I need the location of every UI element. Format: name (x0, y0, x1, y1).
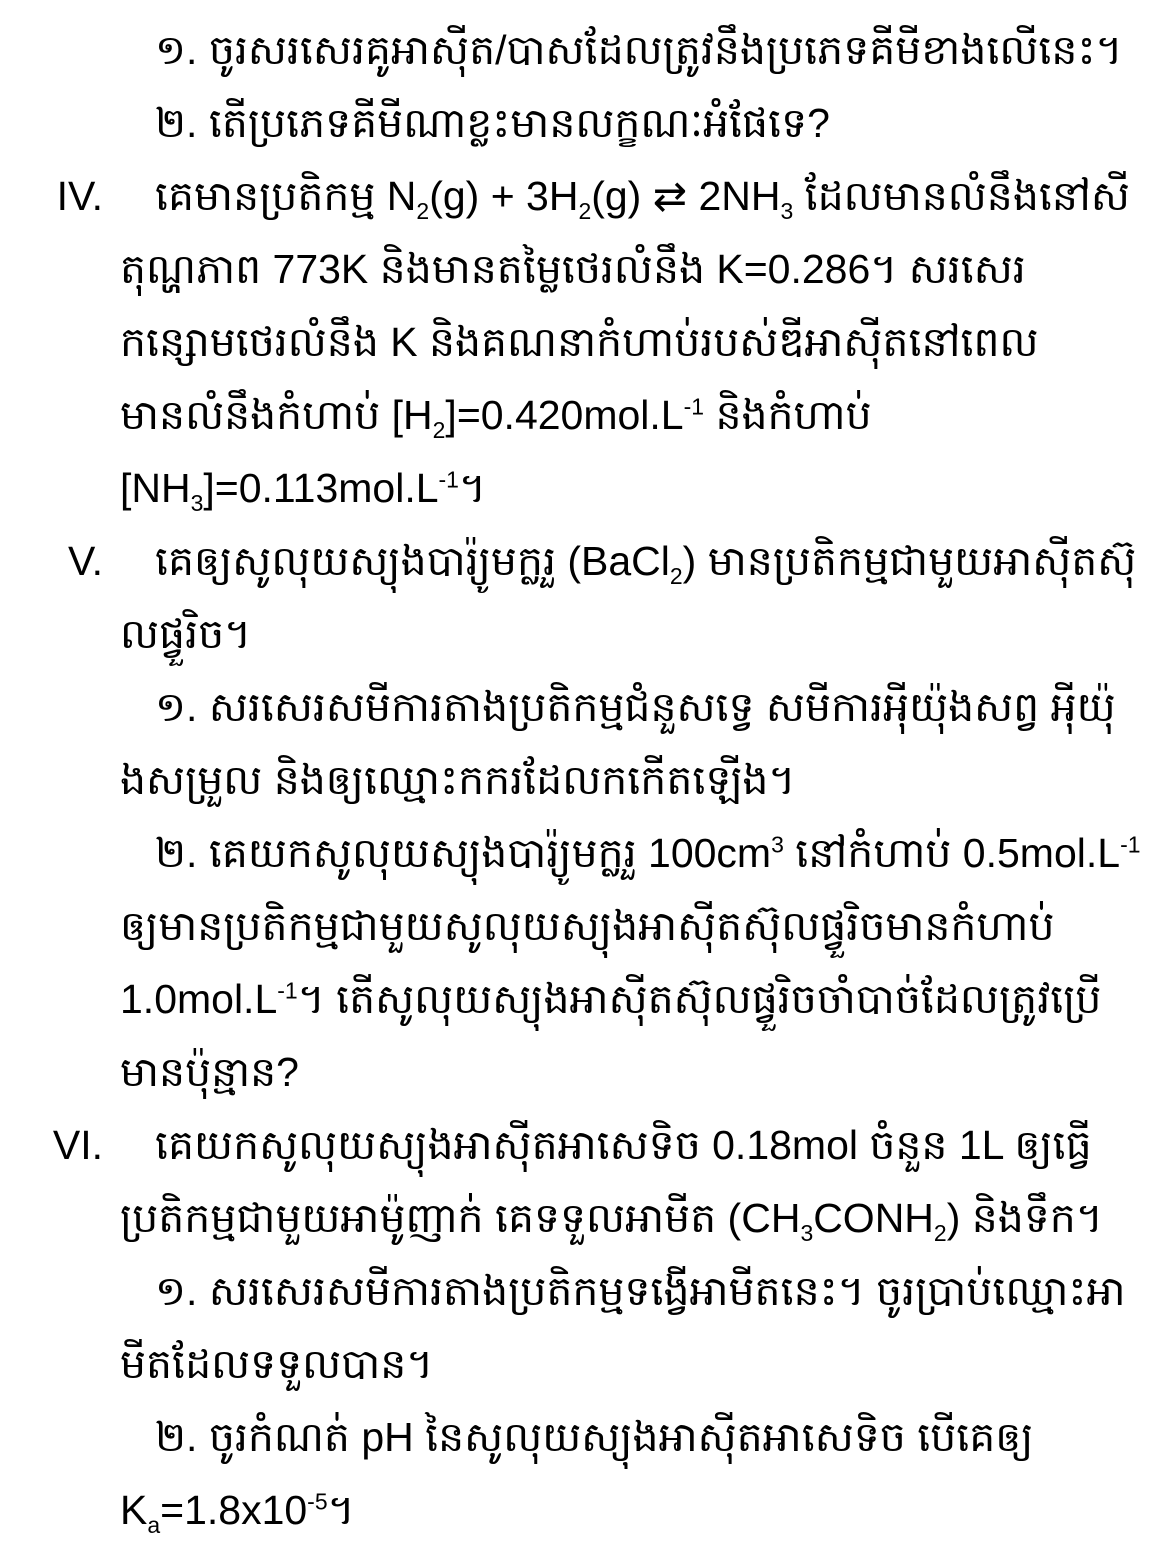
text-line: លផ្វួរិច។ (0, 598, 1166, 671)
text-line: ប្រតិកម្មជាមួយអាម៉ូញាក់ គេទទួលអាមីត (CH3… (0, 1182, 1166, 1255)
run-text: ។ តើសូលុយស្យុងអាសុីតស៊ុលផ្វួរិចចាំបាច់ដែ… (298, 976, 1102, 1022)
line-text: 1.0mol.L-1។ តើសូលុយស្យុងអាសុីតស៊ុលផ្វួរិ… (120, 976, 1101, 1022)
run-text: និងកំហាប់ (704, 392, 872, 438)
run-text: ១. សរសេរសមីការតាងប្រតិកម្មជំនួសទ្វេ សមីក… (155, 684, 1116, 730)
exam-document: { "page": { "background_color": "#ffffff… (0, 0, 1166, 1548)
superscript-text: -5 (307, 1488, 327, 1514)
text-line: កន្សោមថេរលំនឹង K និងគណនាកំហាប់របស់ឌីអាសុ… (0, 306, 1166, 379)
line-text: គេឲ្យសូលុយស្យុងបារ៉្យូមក្លរួ (BaCl2) មាន… (120, 538, 1136, 584)
text-line: ១. សរសេរសមីការតាងប្រតិកម្មទង្វើអាមីតនេះ។… (0, 1255, 1166, 1328)
line-text: តុណ្ហភាព 773K និងមានតម្លៃថេរលំនឹង K=0.28… (120, 246, 1026, 292)
run-text: (g) ⇄ 2NH (591, 173, 780, 219)
subscript-text: a (147, 1512, 160, 1538)
text-line: 1.0mol.L-1។ តើសូលុយស្យុងអាសុីតស៊ុលផ្វួរិ… (0, 963, 1166, 1036)
text-line: IV.គេមានប្រតិកម្ម N2(g) + 3H2(g) ⇄ 2NH3 … (0, 160, 1166, 233)
subscript-text: 2 (433, 417, 446, 443)
line-text: [NH3]=0.113mol.L-1។ (120, 465, 486, 511)
text-line: V.គេឲ្យសូលុយស្យុងបារ៉្យូមក្លរួ (BaCl2) ម… (0, 525, 1166, 598)
document-page: ១. ចូរសរសេរគូអាសុីត/បាសដែលត្រូវនឹងប្រភេទ… (0, 0, 1166, 1548)
text-line: VI.គេយកសូលុយស្យុងអាសុីតអាសេទិច 0.18mol ច… (0, 1109, 1166, 1182)
run-text: លផ្វួរិច។ (120, 611, 251, 657)
superscript-text: 3 (771, 831, 784, 857)
line-text: លផ្វួរិច។ (120, 611, 251, 657)
run-text: ២. តើប្រភេទគីមីណាខ្លះមានលក្ខណៈអំផែទេ? (155, 100, 830, 146)
run-text: គេឲ្យសូលុយស្យុងបារ៉្យូមក្លរួ (BaCl (155, 538, 670, 584)
run-text: ។ (328, 1487, 355, 1533)
text-line: ឲ្យមានប្រតិកម្មជាមួយសូលុយស្យុងអាសុីតស៊ុល… (0, 890, 1166, 963)
subscript-text: 2 (416, 198, 429, 224)
run-text: ២. គេយកសូលុយស្យុងបារ៉្យូមក្លរួ 100cm (155, 830, 771, 876)
run-text: (g) + 3H (429, 173, 578, 219)
line-text: ១. សរសេរសមីការតាងប្រតិកម្មទង្វើអាមីតនេះ។… (120, 1268, 1126, 1314)
run-text: ។ (459, 465, 486, 511)
text-line: ២. ចូរកំណត់ pH នៃសូលុយស្យុងអាសុីតអាសេទិច… (0, 1401, 1166, 1474)
text-line: ងសម្រួល និងឲ្យឈ្មោះកករដែលកកើតឡើង។ (0, 744, 1166, 817)
run-text: ប្រតិកម្មជាមួយអាម៉ូញាក់ គេទទួលអាមីត (CH (120, 1195, 800, 1241)
section-numeral: IV. (0, 160, 103, 233)
subscript-text: 2 (670, 563, 683, 589)
run-text: =1.8x10 (160, 1487, 307, 1533)
line-text: ២. ចូរកំណត់ pH នៃសូលុយស្យុងអាសុីតអាសេទិច… (120, 1414, 1034, 1460)
section-numeral: V. (0, 525, 103, 598)
run-text: កន្សោមថេរលំនឹង K និងគណនាកំហាប់របស់ឌីអាសុ… (120, 319, 1039, 365)
run-text: ១. សរសេរសមីការតាងប្រតិកម្មទង្វើអាមីតនេះ។… (155, 1268, 1126, 1314)
line-text: ងសម្រួល និងឲ្យឈ្មោះកករដែលកកើតឡើង។ (120, 757, 795, 803)
run-text: គេមានប្រតិកម្ម N (155, 173, 416, 219)
line-text: គេយកសូលុយស្យុងអាសុីតអាសេទិច 0.18mol ចំនួ… (120, 1122, 1092, 1168)
run-text: នៅកំហាប់ 0.5mol.L (784, 830, 1120, 876)
text-line: Ka=1.8x10-5។ (0, 1474, 1166, 1547)
text-line: តុណ្ហភាព 773K និងមានតម្លៃថេរលំនឹង K=0.28… (0, 233, 1166, 306)
superscript-text: -1 (684, 393, 704, 419)
text-line: ២. តើប្រភេទគីមីណាខ្លះមានលក្ខណៈអំផែទេ? (0, 87, 1166, 160)
line-text: មានប៉ុន្មាន? (120, 1049, 299, 1095)
line-text: ឲ្យមានប្រតិកម្មជាមួយសូលុយស្យុងអាសុីតស៊ុល… (120, 903, 1055, 949)
text-line: [NH3]=0.113mol.L-1។ (0, 452, 1166, 525)
run-text: CONH (813, 1195, 934, 1241)
text-line: មានប៉ុន្មាន? (0, 1036, 1166, 1109)
run-text: ឲ្យមានប្រតិកម្មជាមួយសូលុយស្យុងអាសុីតស៊ុល… (120, 903, 1055, 949)
text-line: ១. សរសេរសមីការតាងប្រតិកម្មជំនួសទ្វេ សមីក… (0, 671, 1166, 744)
run-text: 1.0mol.L (120, 976, 277, 1022)
run-text: ]=0.113mol.L (203, 465, 438, 511)
run-text: ២. ចូរកំណត់ pH នៃសូលុយស្យុងអាសុីតអាសេទិច… (155, 1414, 1034, 1460)
line-text: ១. ចូរសរសេរគូអាសុីត/បាសដែលត្រូវនឹងប្រភេទ… (120, 27, 1122, 73)
section-numeral: VI. (0, 1109, 103, 1182)
superscript-text: -1 (277, 977, 297, 1003)
text-line: ២. គេយកសូលុយស្យុងបារ៉្យូមក្លរួ 100cm3 នៅ… (0, 817, 1166, 890)
run-text: គេយកសូលុយស្យុងអាសុីតអាសេទិច 0.18mol ចំនួ… (155, 1122, 1092, 1168)
run-text: ) មានប្រតិកម្មជាមួយអាសុីតស៊ុ (683, 538, 1137, 584)
run-text: តុណ្ហភាព 773K និងមានតម្លៃថេរលំនឹង K=0.28… (120, 246, 1026, 292)
subscript-text: 2 (578, 198, 591, 224)
run-text: ដែលមានលំនឹងនៅសី (793, 173, 1130, 219)
run-text: មីតដែលទទួលបាន។ (120, 1341, 433, 1387)
line-text: មីតដែលទទួលបាន។ (120, 1341, 433, 1387)
text-line: មានលំនឹងកំហាប់ [H2]=0.420mol.L-1 និងកំហា… (0, 379, 1166, 452)
line-text: ១. សរសេរសមីការតាងប្រតិកម្មជំនួសទ្វេ សមីក… (120, 684, 1116, 730)
line-text: ២. គេយកសូលុយស្យុងបារ៉្យូមក្លរួ 100cm3 នៅ… (120, 830, 1140, 876)
run-text: ១. ចូរសរសេរគូអាសុីត/បាសដែលត្រូវនឹងប្រភេទ… (155, 27, 1122, 73)
subscript-text: 3 (780, 198, 793, 224)
line-text: Ka=1.8x10-5។ (120, 1487, 355, 1533)
run-text: ]=0.420mol.L (445, 392, 683, 438)
subscript-text: 3 (800, 1220, 813, 1246)
run-text: ) និងទឹក។ (947, 1195, 1103, 1241)
subscript-text: 3 (191, 490, 204, 516)
run-text: មានលំនឹងកំហាប់ [H (120, 392, 433, 438)
run-text: [NH (120, 465, 191, 511)
line-text: ប្រតិកម្មជាមួយអាម៉ូញាក់ គេទទួលអាមីត (CH3… (120, 1195, 1103, 1241)
subscript-text: 2 (934, 1220, 947, 1246)
run-text: ងសម្រួល និងឲ្យឈ្មោះកករដែលកកើតឡើង។ (120, 757, 795, 803)
text-line: មីតដែលទទួលបាន។ (0, 1328, 1166, 1401)
line-text: មានលំនឹងកំហាប់ [H2]=0.420mol.L-1 និងកំហា… (120, 392, 872, 438)
run-text: K (120, 1487, 147, 1533)
run-text: មានប៉ុន្មាន? (120, 1049, 299, 1095)
line-text: ២. តើប្រភេទគីមីណាខ្លះមានលក្ខណៈអំផែទេ? (120, 100, 830, 146)
superscript-text: -1 (1120, 831, 1140, 857)
line-text: គេមានប្រតិកម្ម N2(g) + 3H2(g) ⇄ 2NH3 ដែល… (120, 173, 1130, 219)
line-text: កន្សោមថេរលំនឹង K និងគណនាកំហាប់របស់ឌីអាសុ… (120, 319, 1039, 365)
superscript-text: -1 (439, 466, 459, 492)
text-line: ១. ចូរសរសេរគូអាសុីត/បាសដែលត្រូវនឹងប្រភេទ… (0, 14, 1166, 87)
